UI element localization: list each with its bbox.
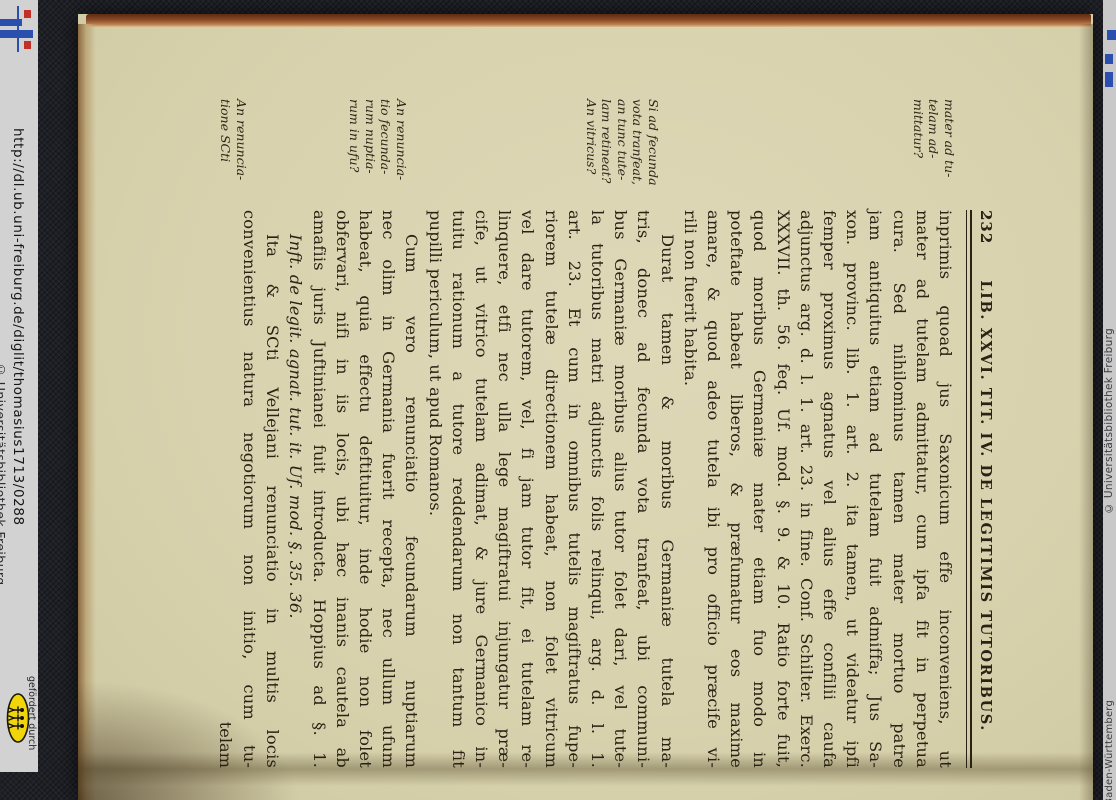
text-line: An vitricus? [584, 99, 600, 205]
calibration-square-icon [1107, 30, 1116, 40]
text-line: tuitu rationum a tutore reddendarum non … [447, 210, 470, 768]
text-line: telam ad- [926, 99, 942, 205]
text-line: obfervari, nifi in iis locis, ubi hæc in… [331, 210, 354, 768]
text-line: cife, ut vitrico tutelam adimat, & jure … [470, 210, 493, 768]
text-line: Inft. de legit. agnat. tut. it. Uf. mod.… [284, 210, 307, 768]
calibration-dot-icon [24, 10, 31, 18]
text-line: xon. provinc. lib. 1. art. 2. ita tamen,… [841, 210, 864, 768]
page-body: mater ad tu-telam ad-mittatur? Si ad fec… [216, 95, 957, 775]
text-line: cura. Sed nihilominus tamen mater mortuo… [887, 210, 910, 768]
catchword: telam [216, 210, 235, 768]
text-line: mittatur? [911, 99, 927, 205]
text-line: linquere, etfi nec ulla lege magiftratui… [493, 210, 516, 768]
text-line: lam retineat? [599, 99, 615, 205]
page-number: 232 [977, 210, 995, 244]
margin-note: An renuncia-tione SCti [218, 99, 249, 205]
text-line: adjunctus arg. d. l. 1. art. 23. in fine… [795, 210, 818, 768]
page-right-shade [1079, 24, 1093, 800]
text-line: tio fecunda- [378, 99, 394, 205]
text-line: vel dare tutorem, vel, fi jam tutor fit,… [516, 210, 539, 768]
calibration-square-icon [1105, 72, 1113, 87]
text-line: bus Germaniæ moribus alius tutor folet d… [609, 210, 632, 768]
calibration-square-icon [1105, 54, 1113, 64]
source-url-text: http://dl.ub.uni-freiburg.de/diglit/thom… [10, 128, 26, 526]
text-line: convenientius natura negotiorum non init… [238, 210, 261, 768]
text-line: femper proximus agnatus vel alius effe c… [818, 210, 841, 768]
calibration-crosshair-icon [17, 6, 19, 52]
text-line: quod moribus Germaniæ mater etiam fuo mo… [748, 210, 771, 768]
margin-note: An renuncia-tio fecunda-rum nuptia-rum i… [347, 99, 409, 205]
text-line: tione SCti [218, 99, 234, 205]
copyright-right-text: © Universitätsbibliothek Freiburg [1103, 328, 1116, 514]
text-line: la tutoribus matri adjunctis folis relin… [586, 210, 609, 768]
text-line: rum in ufu? [347, 99, 363, 205]
text-line: vota tranfeat, [630, 99, 646, 205]
left-border-strip: http://dl.ub.uni-freiburg.de/diglit/thom… [0, 0, 38, 772]
text-line: jam antiquitus etiam ad tutelam fuit adm… [864, 210, 887, 768]
page-header: 232 LIB. XXVI. TIT. IV. DE LEGITIMIS TUT… [977, 210, 1000, 768]
text-line: an tunc tute- [615, 99, 631, 205]
header-rule-thick [970, 210, 972, 768]
region-label: Baden-Württemberg [1104, 700, 1116, 800]
page-top-fore-edge [86, 14, 1091, 27]
text-line: Si ad fecunda [646, 99, 662, 205]
text-line: tris, donec ad fecunda vota tranfeat, ub… [632, 210, 655, 768]
calibration-dot-icon [24, 41, 31, 49]
text-line: rili non fuerit habita. [679, 210, 702, 768]
text-line: Cum vero renunciatio fecundarum nuptiaru… [400, 210, 423, 768]
text-line: An renuncia- [394, 99, 410, 205]
page-content: 232 LIB. XXVI. TIT. IV. DE LEGITIMIS TUT… [160, 95, 1000, 775]
text-line: Durat tamen & moribus Germaniæ tutela ma… [655, 210, 678, 768]
copyright-left-text: © Universitätsbibliothek Freiburg [0, 362, 8, 586]
text-line: amare, & quod adeo tutela ibi pro offici… [702, 210, 725, 768]
text-line: nec olim in Germania fuerit recepta, nec… [377, 210, 400, 768]
margin-note: Si ad fecundavota tranfeat,an tunc tute-… [584, 99, 662, 205]
text-line: rum nuptia- [363, 99, 379, 205]
margin-note: mater ad tu-telam ad-mittatur? [911, 99, 958, 205]
text-line: Ita & SCti Vellejani renunciatio in mult… [261, 210, 284, 768]
text-line: art. 23. Et cum in omnibus tutelis magif… [563, 210, 586, 768]
right-border-strip: © Universitätsbibliothek Freiburg Baden-… [1103, 0, 1116, 800]
text-line: habeat, quia effectu deftituitur, inde h… [354, 210, 377, 768]
text-line: mater ad tutelam admittatur, cum ipfa fi… [911, 210, 934, 768]
text-line: poteftate habeat liberos, & præfumatur e… [725, 210, 748, 768]
text-line: inprimis quoad jus Saxonicum effe inconv… [934, 210, 957, 768]
text-line: amafiis juris Juftinianei fuit introduct… [307, 210, 330, 768]
text-line: riorem tutelæ directionem habeat, non fo… [539, 210, 562, 768]
text-line: An renuncia- [234, 99, 250, 205]
text-line: pupilli periculum, ut apud Romanos. [423, 210, 446, 768]
header-rule-thin [966, 210, 967, 768]
text-line: XXXVII. th. 56. feq. Uf. mod. §. 9. & 10… [771, 210, 794, 768]
text-line: mater ad tu- [942, 99, 958, 205]
body-text: inprimis quoad jus Saxonicum effe inconv… [238, 210, 957, 768]
funding-logo [6, 692, 30, 744]
scan-viewport: 232 LIB. XXVI. TIT. IV. DE LEGITIMIS TUT… [0, 0, 1116, 800]
calibration-bar-icon [0, 19, 22, 26]
calibration-bar-icon [0, 30, 33, 38]
running-title: LIB. XXVI. TIT. IV. DE LEGITIMIS TUTORIB… [977, 244, 994, 768]
